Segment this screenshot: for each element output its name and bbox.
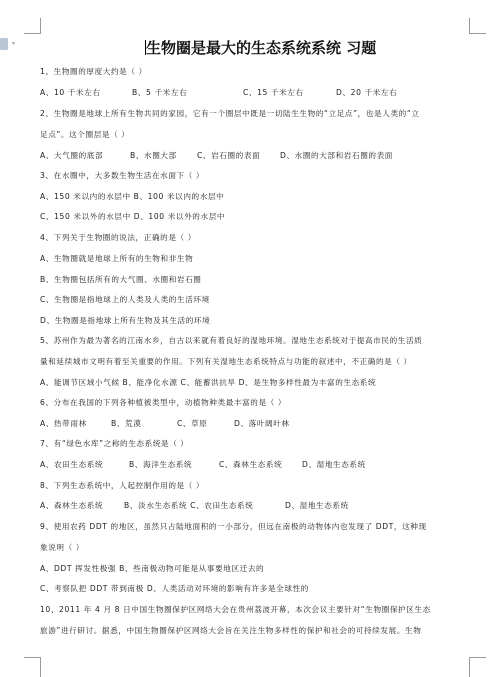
page-corner-top-right [469, 18, 486, 34]
text-line-q4c: C、生物圈是指地球上的人类及人类的生活环境 [40, 294, 210, 305]
option-item: A、热带雨林 [40, 418, 87, 429]
page-corner-top-left [24, 18, 41, 34]
text-line-q4a: A、生物圈就是地球上所有的生物和非生物 [40, 253, 193, 264]
option-item: B、5 千米左右 [132, 87, 187, 98]
page-title: 生物圈是最大的生态系统系统 习题 [146, 37, 376, 58]
option-item: C、草原 [177, 418, 207, 429]
page-corner-bottom-left [24, 657, 41, 677]
text-line-q9b: 象说明（ ） [40, 542, 84, 553]
text-line-q4: 4、下列关于生物圈的说法，正确的是（ ） [40, 232, 196, 243]
text-line-q10a: 10、2011 年 4 月 8 日中国生物圈保护区网络大会在贵州荔波开幕，本次会… [40, 604, 431, 615]
text-line-q2a: 2、生物圈是地球上所有生物共同的家园，它有一个圈层中既是一切陆生生物的“立足点”… [40, 108, 420, 119]
text-line-q9ab: A、DDT 挥发性极强 B、些南极动物可能是从事要地区迁去的 [40, 563, 264, 574]
page-corner-bottom-right [469, 657, 486, 677]
option-item: D、20 千米左右 [336, 87, 397, 98]
text-line-q9cd: C、考察队把 DDT 带到南极 D、人类活动对环境的影响有许多是全球性的 [40, 583, 309, 594]
text-line-q5b: 量和延续城市文明有着至关重要的作用。下列有关湿地生态系统特点与功能的叙述中，不正… [40, 356, 412, 367]
text-line-q4d: D、生物圈是指地球上所有生物及其生活的环境 [40, 315, 210, 326]
text-line-q1: 1、生物圈的厚度大约是（ ） [40, 66, 147, 77]
option-item: A、10 千米左右 [40, 87, 101, 98]
option-item: C、岩石圈的表面 [197, 150, 260, 161]
option-item: B、荒漠 [111, 418, 141, 429]
text-line-q10b: 旅游”进行研讨。据悉，中国生物圈保护区网络大会旨在关注生物多样性的保护和社会的可… [40, 625, 421, 636]
text-line-q4b: B、生物圈包括所有的大气圈、水圈和岩石圈 [40, 274, 202, 285]
option-item: D、水圈的大部和岩石圈的表面 [280, 150, 393, 161]
option-item: B、水圈大部 [130, 150, 177, 161]
clipboard-icon[interactable] [0, 38, 8, 50]
text-line-q3: 3、在水圈中，大多数生物生活在水面下（ ） [40, 170, 204, 181]
option-item: A、农田生态系统 [40, 459, 103, 470]
text-line-q5a: 5、苏州作为最为著名的江南水乡，自古以来就有着良好的湿地环境。湿地生态系统对于提… [40, 335, 422, 346]
option-item: B、海洋生态系统 [129, 459, 192, 470]
text-line-q5opts: A、能调节区域小气候 B、能净化水源 C、能蓄洪抗旱 D、是生物多样性最为丰富的… [40, 377, 376, 388]
option-item: D、湿地生态系统 [285, 500, 349, 511]
text-line-q2b: 足点”。这个圈层是（ ） [40, 129, 129, 140]
text-line-q6: 6、分布在我国的下列各种植被类型中，动植物种类最丰富的是（ ） [40, 397, 286, 408]
option-item: D、落叶阔叶林 [234, 418, 290, 429]
option-item: C、森林生态系统 [219, 459, 282, 470]
option-item: D、湿地生态系统 [302, 459, 366, 470]
text-line-q3cd: C、150 米以外的水层中 D、100 米以外的水层中 [40, 211, 225, 222]
chevron-down-icon[interactable]: ▾ [12, 40, 15, 47]
option-item: A、森林生态系统 [40, 500, 103, 511]
option-item: A、大气圈的底部 [40, 150, 103, 161]
text-line-q7: 7、有“绿色水库”之称的生态系统是（ ） [40, 438, 189, 449]
text-line-q3ab: A、150 米以内的水层中 B、100 米以内的水层中 [40, 191, 224, 202]
option-item: B、淡水生态系统 C、农田生态系统 [124, 500, 253, 511]
text-line-q8: 8、下列生态系统中，人起控制作用的是（ ） [40, 480, 204, 491]
text-line-q9a: 9、使用农药 DDT 的地区，虽然只占陆地面积的一小部分，但远在南极的动物体内也… [40, 521, 427, 532]
option-item: C、15 千米左右 [243, 87, 304, 98]
